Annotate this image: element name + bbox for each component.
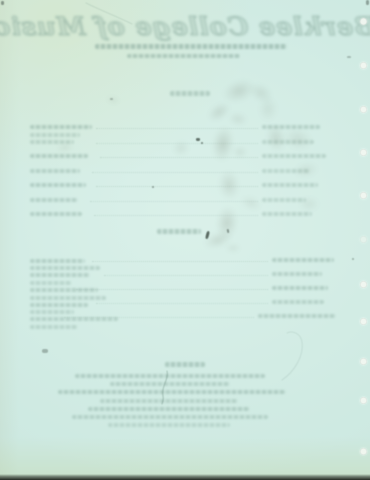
punch-hole bbox=[360, 358, 367, 365]
punch-hole bbox=[360, 281, 367, 288]
punch-hole bbox=[360, 18, 367, 25]
punch-hole bbox=[360, 236, 367, 243]
punch-hole bbox=[360, 106, 367, 113]
scan-edge-shadow bbox=[0, 474, 370, 480]
punch-hole bbox=[360, 448, 367, 455]
scanned-page: Berklee College of Music bbox=[0, 0, 370, 480]
punch-hole bbox=[360, 192, 367, 199]
punch-hole bbox=[360, 149, 367, 156]
punch-hole bbox=[360, 318, 367, 325]
punch-hole bbox=[360, 397, 367, 404]
punch-hole bbox=[360, 62, 367, 69]
punch-holes bbox=[0, 0, 370, 480]
